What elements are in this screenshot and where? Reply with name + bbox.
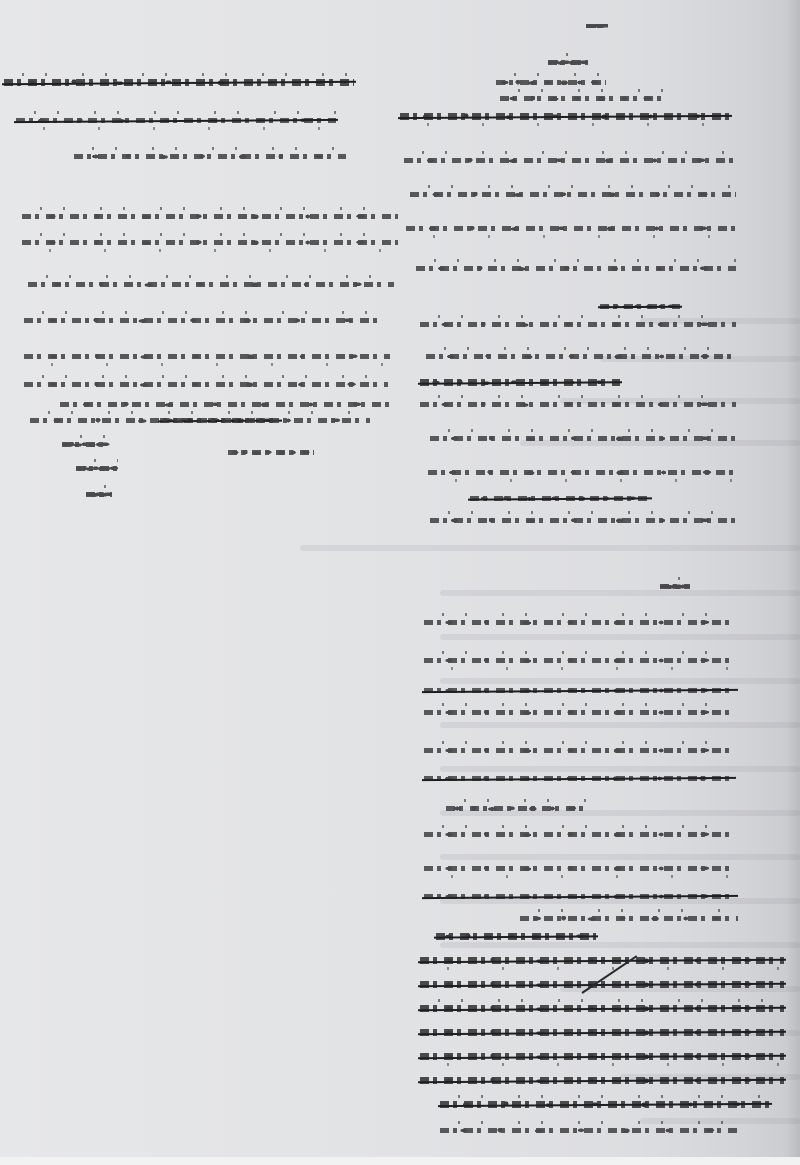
manuscript-page: Two-column handwritten draft with many s… — [0, 0, 800, 1165]
right-column-heading: [handwritten heading] — [548, 56, 588, 70]
right-column-subheading: [handwritten subheading] — [496, 76, 606, 90]
page-edge-shadow — [786, 0, 800, 1165]
page-mark: [handwritten page mark] — [586, 24, 608, 30]
document-description: Two-column handwritten draft with many s… — [0, 0, 1, 1]
page-bottom-edge — [0, 1157, 800, 1165]
